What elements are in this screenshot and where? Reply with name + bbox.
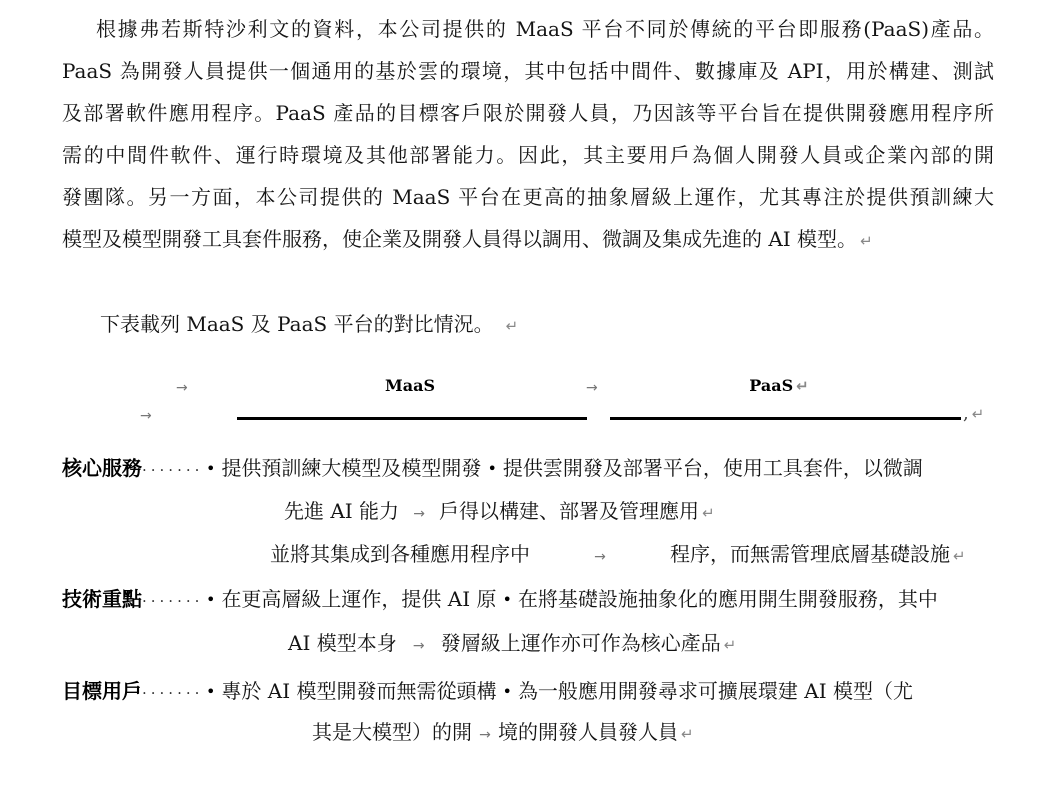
paragraph-mark-icon: ↵ xyxy=(953,547,966,565)
paragraph-mark-icon: ↵ xyxy=(972,405,985,423)
paas-cell-text: 在將基礎設施抽象化的應用開生開發服務，其中 xyxy=(518,587,938,611)
row-label: 技術重點 xyxy=(62,587,142,611)
table-row-core-services-line2: 先進 AI 能力→戶得以構建、部署及管理應用↵ xyxy=(284,495,715,524)
table-header-paas: PaaS↵ xyxy=(749,376,808,395)
tab-mark-icon: → xyxy=(586,380,598,396)
paragraph-mark-icon: ↵ xyxy=(506,317,519,335)
paas-cell-text: 戶得以構建、部署及管理應用 xyxy=(439,499,699,523)
intro-line: 及部署軟件應用程序。PaaS 產品的目標客戶限於開發人員，乃因該等平台旨在提供開… xyxy=(62,100,994,126)
maas-cell-text: 專於 AI 模型開發而無需從頭構 xyxy=(221,679,496,703)
paas-cell-text: 提供雲開發及部署平台，使用工具套件，以微調 xyxy=(503,456,923,480)
bullet-icon: • xyxy=(206,459,215,478)
paragraph-mark-icon: ↵ xyxy=(681,725,694,743)
tab-mark-icon: → xyxy=(413,638,425,654)
row-label: 核心服務 xyxy=(62,456,142,480)
maas-cell-text: 其是大模型）的開 xyxy=(312,720,472,744)
table-row-target-users-line1: 目標用戶.......•專於 AI 模型開發而無需從頭構•為一般應用開發尋求可擴… xyxy=(62,675,913,704)
tab-mark-icon: → xyxy=(140,408,152,424)
table-row-core-services-line3: 並將其集成到各種應用程序中→程序，而無需管理底層基礎設施↵ xyxy=(270,538,966,567)
tab-leader-dots: ....... xyxy=(142,588,204,606)
table-row-tech-focus-line1: 技術重點.......•在更高層級上運作，提供 AI 原•在將基礎設施抽象化的應… xyxy=(62,583,938,612)
maas-cell-text: 提供預訓練大模型及模型開發 xyxy=(221,456,481,480)
bullet-icon: • xyxy=(503,590,512,609)
tab-gap: → xyxy=(399,499,439,523)
paragraph-mark-icon: ↵ xyxy=(860,232,873,250)
maas-cell-text: AI 模型本身 xyxy=(288,631,397,655)
table-intro-text: 下表載列 MaaS 及 PaaS 平台的對比情況。 xyxy=(100,312,494,336)
tab-leader-dots: ....... xyxy=(142,680,204,698)
row-label: 目標用戶 xyxy=(62,679,142,703)
bullet-icon: • xyxy=(206,590,215,609)
rule-trailing-text: , xyxy=(963,403,969,424)
table-intro: 下表載列 MaaS 及 PaaS 平台的對比情況。↵ xyxy=(100,308,518,337)
tab-mark-icon: → xyxy=(479,727,491,743)
intro-line: 需的中間件軟件、運行時環境及其他部署能力。因此，其主要用戶為個人開發人員或企業內… xyxy=(62,142,994,168)
table-row-target-users-line2: 其是大模型）的開→境的開發人員發人員↵ xyxy=(312,716,694,745)
paragraph-mark-icon: ↵ xyxy=(702,504,715,522)
tab-mark-icon: → xyxy=(413,506,425,522)
intro-line: 根據弗若斯特沙利文的資料，本公司提供的 MaaS 平台不同於傳統的平台即服務(P… xyxy=(62,16,994,42)
tab-gap: → xyxy=(397,631,441,655)
maas-cell-text: 先進 AI 能力 xyxy=(284,499,399,523)
maas-column-rule xyxy=(237,417,587,420)
paas-cell-text: 為一般應用開發尋求可擴展環建 AI 模型（尤 xyxy=(518,679,913,703)
tab-leader-dots: ....... xyxy=(142,457,204,475)
paas-cell-text: 境的開發人員發人員 xyxy=(498,720,678,744)
intro-line-text: 模型及模型開發工具套件服務，使企業及開發人員得以調用、微調及集成先進的 AI 模… xyxy=(62,227,857,251)
maas-cell-text: 並將其集成到各種應用程序中 xyxy=(270,542,530,566)
paragraph-mark-icon: ↵ xyxy=(796,377,809,395)
table-row-tech-focus-line2: AI 模型本身→發層級上運作亦可作為核心產品↵ xyxy=(288,627,736,656)
document-page: 根據弗若斯特沙利文的資料，本公司提供的 MaaS 平台不同於傳統的平台即服務(P… xyxy=(0,0,1054,798)
bullet-icon: • xyxy=(487,459,496,478)
tab-mark-icon: → xyxy=(176,380,188,396)
table-header-maas: MaaS xyxy=(385,376,435,395)
intro-line: 發團隊。另一方面，本公司提供的 MaaS 平台在更高的抽象層級上運作，尤其專注於… xyxy=(62,184,994,210)
intro-line: PaaS 為開發人員提供一個通用的基於雲的環境，其中包括中間件、數據庫及 API… xyxy=(62,58,994,84)
tab-mark-icon: → xyxy=(594,549,606,565)
bullet-icon: • xyxy=(206,682,215,701)
paragraph-mark-icon: ↵ xyxy=(724,636,737,654)
paas-column-rule xyxy=(610,417,961,420)
tab-gap: → xyxy=(472,720,498,744)
intro-line: 模型及模型開發工具套件服務，使企業及開發人員得以調用、微調及集成先進的 AI 模… xyxy=(62,226,873,254)
paas-cell-text: 程序，而無需管理底層基礎設施 xyxy=(670,542,950,566)
rule-trailing-comma: ,↵ xyxy=(963,403,984,424)
paas-cell-text: 發層級上運作亦可作為核心產品 xyxy=(441,631,721,655)
maas-cell-text: 在更高層級上運作，提供 AI 原 xyxy=(221,587,496,611)
tab-gap: → xyxy=(530,542,670,566)
table-row-core-services-line1: 核心服務.......•提供預訓練大模型及模型開發•提供雲開發及部署平台，使用工… xyxy=(62,452,923,481)
bullet-icon: • xyxy=(503,682,512,701)
table-header-paas-text: PaaS xyxy=(749,376,793,395)
